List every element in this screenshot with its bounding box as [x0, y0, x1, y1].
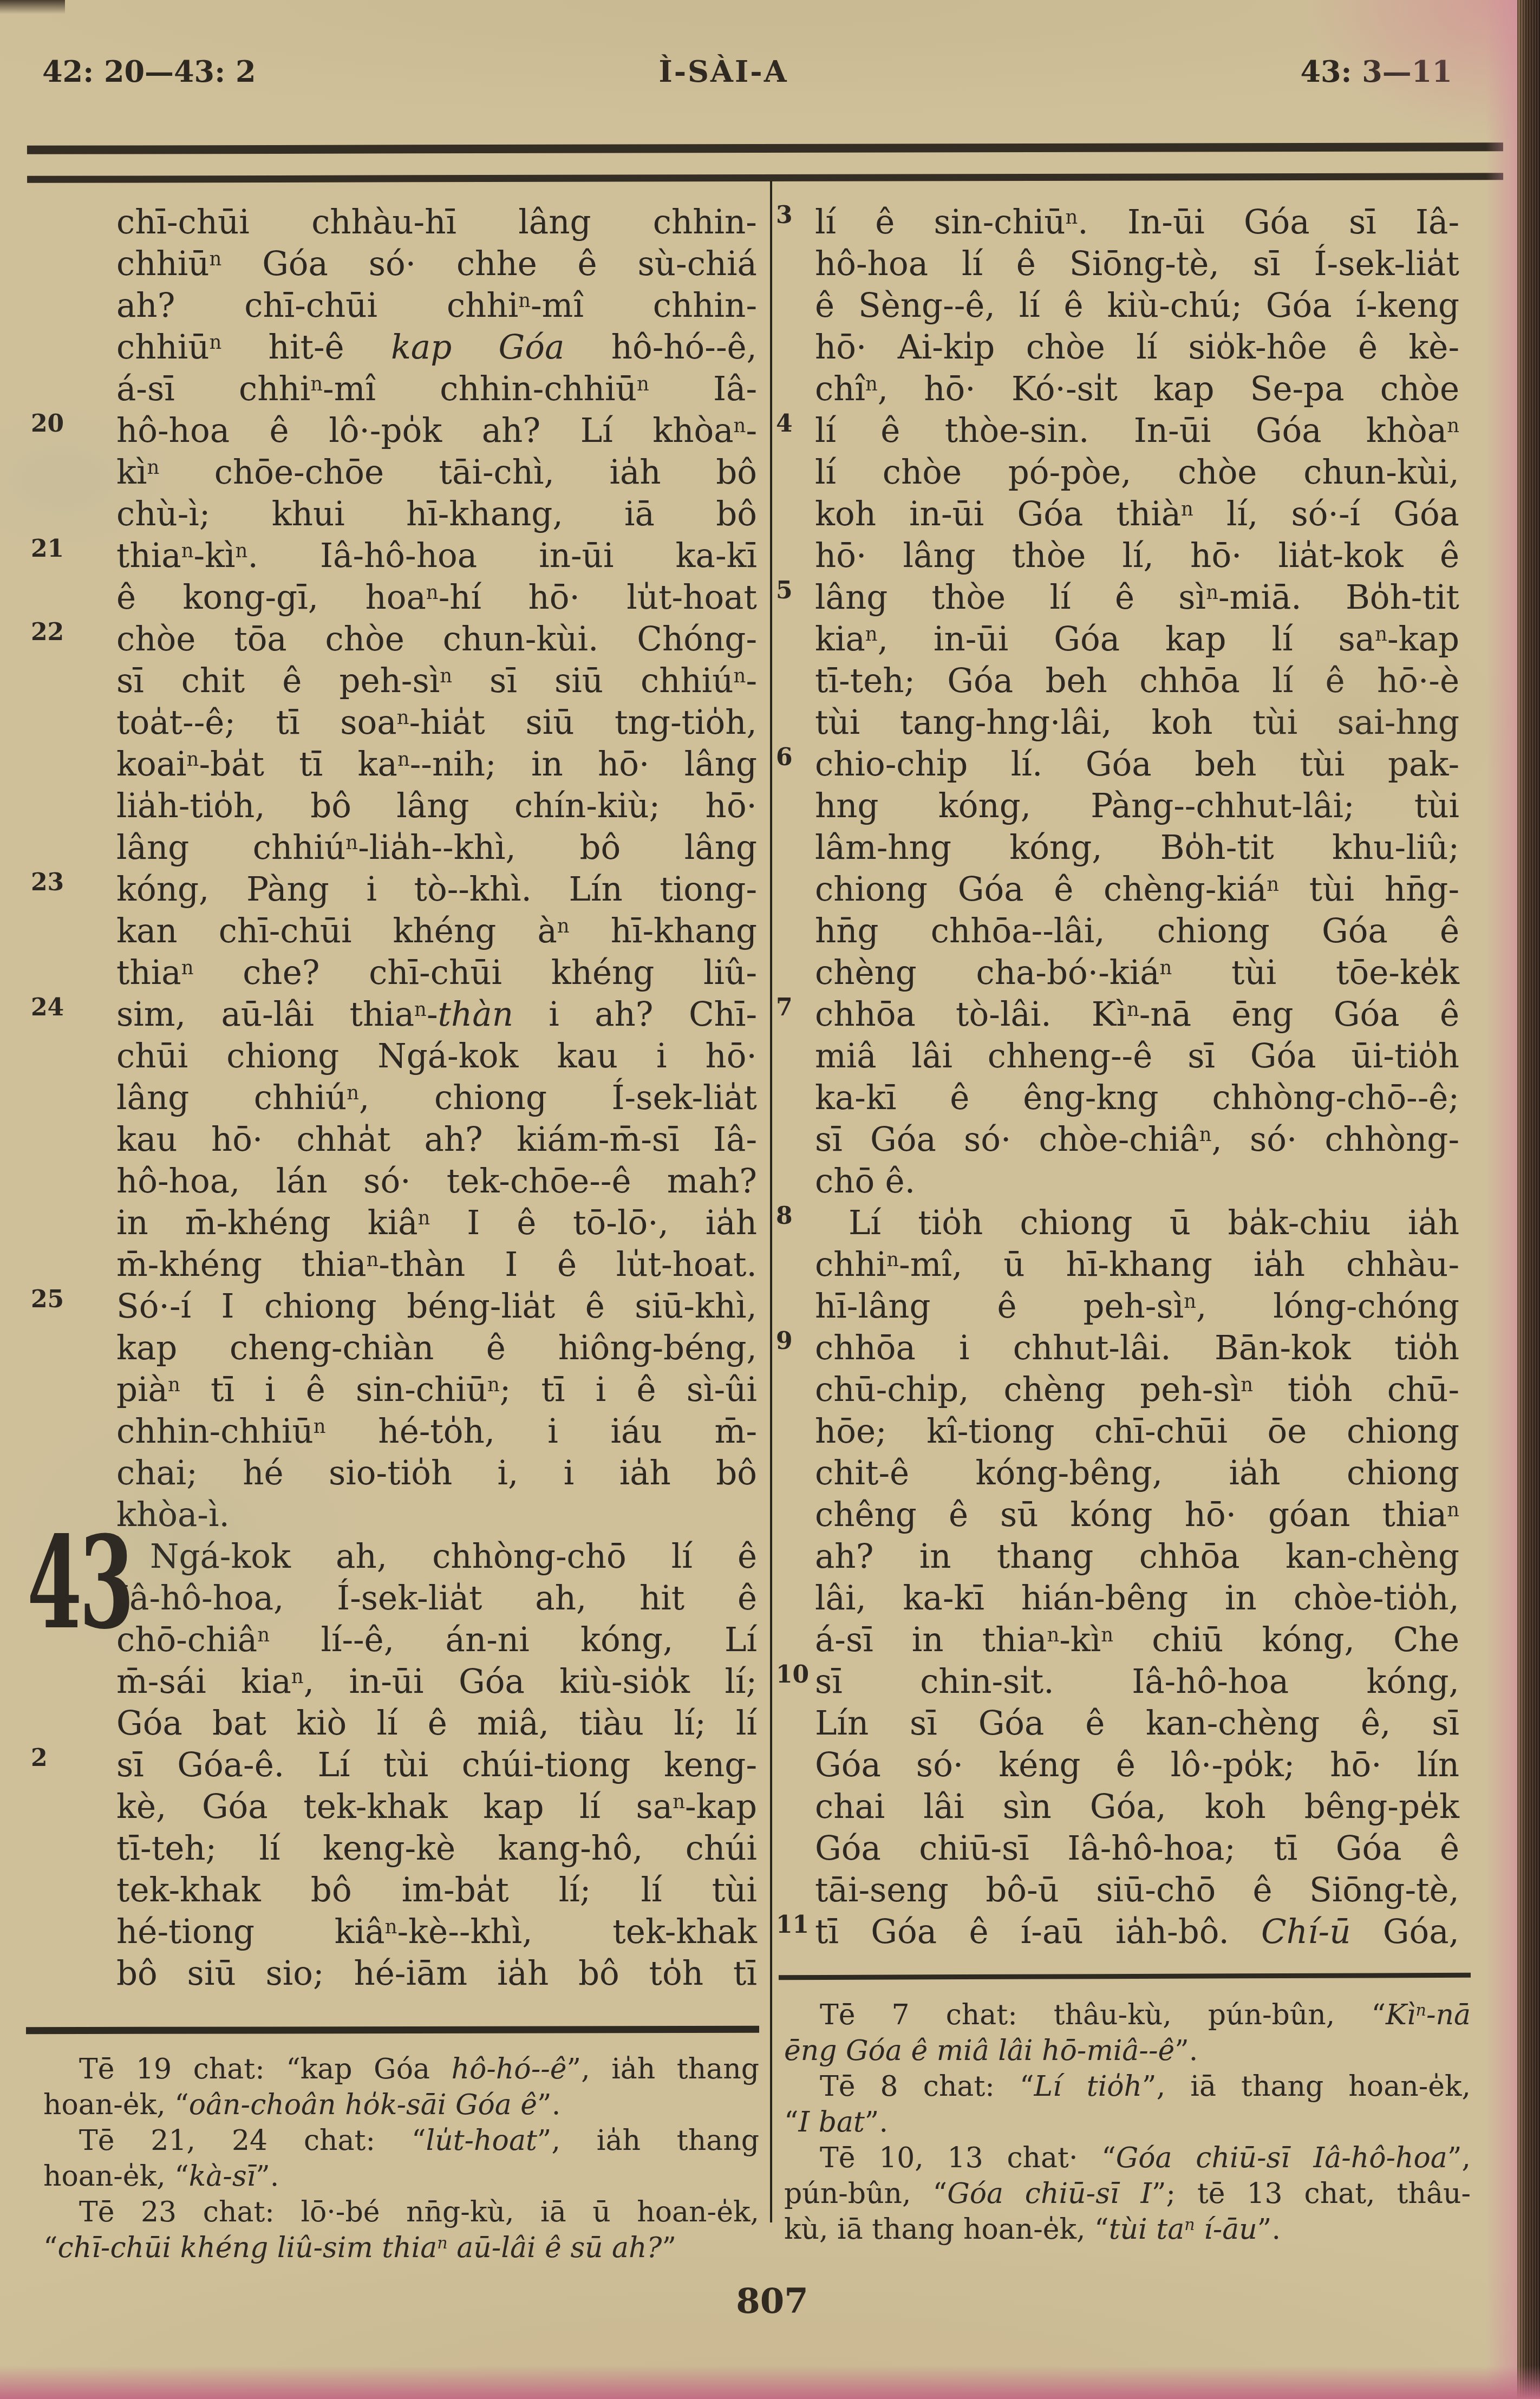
text-line: ê Sèng--ê, lí ê kiù-chú; Góa í-keng	[815, 285, 1459, 327]
footnotes-left: Tē 19 chat: “kap Góa hô-hó--ê”, ia̍h tha…	[43, 2051, 759, 2266]
superscript-n: n	[310, 373, 323, 395]
superscript-n: n	[1447, 415, 1459, 437]
text-line: m̄-khéng thian-thàn I ê lu̍t-hoat.	[116, 1244, 757, 1286]
page-number: 807	[713, 2281, 832, 2322]
superscript-n: n	[865, 623, 878, 646]
text-line: Iâ-hô-hoa, Í-sek-lia̍t ah, hit ê	[116, 1577, 757, 1619]
text-line: hō· lâng thòe lí, hō· lia̍t-kok ê	[815, 535, 1459, 577]
text-line: miâ lâi chheng--ê sī Góa ūi-tio̍h	[815, 1035, 1459, 1077]
superscript-n: n	[637, 373, 649, 395]
text-line: hoan-e̍k, “kà-sī”.	[43, 2159, 759, 2194]
text-line: “chī-chūi khéng liû-sim thian aū-lâi ê s…	[43, 2230, 759, 2266]
fore-edge-tint-bottom	[0, 2365, 1540, 2399]
superscript-n: n	[1066, 206, 1078, 229]
text-line: hô-hoa lí ê Siōng-tè, sī Í-sek-lia̍t	[815, 243, 1459, 285]
text-line: kap cheng-chiàn ê hiông-béng,	[116, 1327, 757, 1369]
superscript-n: n	[734, 415, 746, 437]
text-line: ēng Góa ê miâ lâi hō-miâ--ê”.	[784, 2033, 1471, 2069]
superscript-n: n	[1447, 1499, 1459, 1521]
superscript-n: n	[440, 665, 452, 687]
fore-edge-tint-right	[1486, 0, 1521, 2399]
text-line: khòa-ì.	[116, 1494, 757, 1536]
superscript-n: n	[181, 540, 194, 562]
text-line: chîn, hō· Kó·-si̍t kap Se-pa chòe	[815, 368, 1459, 410]
verse-number: 20	[31, 412, 64, 436]
text-line: kìn chōe-chōe tāi-chì, ia̍h bô	[116, 452, 757, 493]
superscript-n: n	[314, 1416, 326, 1438]
text-line: tī-teh; Góa beh chhōa lí ê hō·-è	[815, 660, 1459, 702]
superscript-n: n	[886, 1249, 899, 1271]
superscript-n: n	[168, 1374, 180, 1396]
verse-number: 5	[776, 579, 793, 603]
left-text-column: chī-chūi chhàu-hī lâng chhin-chhiūn Góa …	[116, 201, 757, 1994]
text-line: kù, iā thang hoan-e̍k, “tùi tan í-āu”.	[784, 2212, 1471, 2247]
text-line: tī-teh; lí keng-kè kang-hô, chúi	[116, 1828, 757, 1869]
text-line: Tē 7 chat: thâu-kù, pún-bûn, “Kìn-nā	[784, 1997, 1471, 2033]
text-line: tùi tang-hng·lâi, koh tùi sai-hng	[815, 702, 1459, 744]
superscript-n: n	[1101, 1624, 1113, 1646]
superscript-n: n	[865, 373, 878, 395]
text-line: hn̄g chhōa--lâi, chiong Góa ê	[815, 910, 1459, 952]
footnote-rule-right	[779, 1973, 1471, 1980]
text-line: á-sī chhin-mî chhin-chhiūn Iâ-	[116, 368, 757, 410]
text-line: chī-chūi chhàu-hī lâng chhin-	[116, 201, 757, 243]
superscript-n: n	[345, 832, 358, 854]
verse-number: 22	[31, 621, 64, 644]
superscript-n: n	[236, 540, 248, 562]
superscript-n: n	[385, 1916, 397, 1938]
footnotes-right: Tē 7 chat: thâu-kù, pún-bûn, “Kìn-nāēng …	[784, 1997, 1471, 2247]
verse-number: 11	[776, 1913, 809, 1937]
text-line: chèng cha-bó·-kián tùi tōe-ke̍k	[815, 952, 1459, 994]
text-line: sī chit ê peh-sìn sī siū chhiún-	[116, 660, 757, 702]
text-line: hoan-e̍k, “oân-choân ho̍k-sāi Góa ê”.	[43, 2087, 759, 2123]
superscript-n: n	[291, 1666, 304, 1688]
text-line: ka-kī ê êng-kng chhòng-chō--ê;	[815, 1077, 1459, 1119]
chapter-drop-numeral: 43	[27, 1520, 132, 1647]
text-line: Lín sī Góa ê kan-chèng ê, sī	[815, 1703, 1459, 1744]
text-line: hī-lâng ê peh-sìn, lóng-chóng	[815, 1286, 1459, 1327]
text-line: kan chī-chūi khéng àn hī-khang	[116, 910, 757, 952]
text-line: pún-bûn, “Góa chiū-sī I”; tē 13 chat, th…	[784, 2176, 1471, 2212]
header-double-rule	[27, 142, 1503, 183]
verse-number: 25	[31, 1288, 64, 1312]
verse-line: 10sī chin-si̍t. Iâ-hô-hoa kóng,	[815, 1661, 1459, 1703]
superscript-n: n	[1206, 582, 1218, 604]
superscript-n: n	[1184, 1290, 1196, 1313]
text-line: Góa só· kéng ê lô·-po̍k; hō· lín	[815, 1744, 1459, 1786]
text-line: hé-tiong kiân-kè--khì, tek-khak	[116, 1911, 757, 1953]
text-line: chūi chiong Ngá-kok kau i hō·	[116, 1035, 757, 1077]
superscript-n: n	[1160, 957, 1172, 979]
superscript-n: n	[1416, 2001, 1426, 2020]
verse-line: 22chòe tōa chòe chun-kùi. Chóng-	[116, 618, 757, 660]
text-line: chō-chiân lí--ê, án-ni kóng, Lí	[116, 1619, 757, 1661]
right-text-column: 3lí ê sin-chiūn. In-ūi Góa sī Iâ-hô-hoa …	[815, 201, 1459, 1953]
superscript-n: n	[1127, 999, 1139, 1021]
text-line: á-sī in thian-kìn chiū kóng, Che	[815, 1619, 1459, 1661]
text-line: ah? in thang chhōa kan-chèng	[815, 1536, 1459, 1577]
text-line: lâng chhiún, chiong Í-sek-lia̍t	[116, 1077, 757, 1119]
verse-line: 6chio-chi̍p lí. Góa beh tùi pak-	[815, 744, 1459, 785]
text-line: Góa bat kiò lí ê miâ, tiàu lí; lí	[116, 1703, 757, 1744]
text-line: chiong Góa ê chèng-kián tùi hn̄g-	[815, 869, 1459, 910]
verse-line: 25Só·-í I chiong béng-lia̍t ê siū-khì,	[116, 1286, 757, 1327]
verse-number: 8	[776, 1204, 793, 1228]
superscript-n: n	[734, 665, 746, 687]
superscript-n: n	[1267, 873, 1279, 896]
superscript-n: n	[181, 957, 194, 979]
verse-number: 4	[776, 412, 793, 436]
text-line: Tē 23 chat: lō·-bé nn̄g-kù, iā ū hoan-e̍…	[43, 2194, 759, 2230]
text-line: chit-ê kóng-bêng, ia̍h chiong	[815, 1452, 1459, 1494]
verse-line: 9chhōa i chhut-lâi. Bān-kok tio̍h	[815, 1327, 1459, 1369]
verse-line: 4lí ê thòe-sin. In-ūi Góa khòan	[815, 410, 1459, 452]
text-line: Tē 10, 13 chat· “Góa chiū-sī Iâ-hô-hoa”,	[784, 2140, 1471, 2176]
text-line: Tē 21, 24 chat: “lu̍t-hoat”, ia̍h thang	[43, 2123, 759, 2159]
superscript-n: n	[1184, 2215, 1195, 2234]
verse-line: 21thian-kìn. Iâ-hô-hoa in-ūi ka-kī	[116, 535, 757, 577]
verse-line: 7chhōa tò-lâi. Kìn-nā ēng Góa ê	[815, 994, 1459, 1035]
text-line: toa̍t--ê; tī soan-hia̍t siū tng-tio̍h,	[116, 702, 757, 744]
text-line: lí chòe pó-pòe, chòe chun-kùi,	[815, 452, 1459, 493]
header-verse-range-left: 42: 20—43: 2	[42, 50, 256, 93]
text-line: kau hō· chha̍t ah? kiám-m̄-sī Iâ-	[116, 1119, 757, 1161]
verse-line: 11tī Góa ê í-aū ia̍h-bô. Chí-ū Góa,	[815, 1911, 1459, 1953]
superscript-n: n	[147, 457, 159, 479]
superscript-n: n	[187, 748, 199, 771]
verse-number: 7	[776, 996, 793, 1020]
verse-line: 3lí ê sin-chiūn. In-ūi Góa sī Iâ-	[815, 201, 1459, 243]
text-line: chai lâi sìn Góa, koh bêng-pe̍k	[815, 1786, 1459, 1828]
footnote-rule-left	[26, 2026, 759, 2034]
text-line: hō· Ai-ki̍p chòe lí sio̍k-hôe ê kè-	[815, 327, 1459, 368]
text-line: m̄-sái kian, in-ūi Góa kiù-sio̍k lí;	[116, 1661, 757, 1703]
superscript-n: n	[367, 1249, 379, 1271]
text-line: ê kong-gī, hoan-hí hō· lu̍t-hoat	[116, 577, 757, 618]
text-line: Tē 8 chat: “Lí tio̍h”, iā thang hoan-e̍k…	[784, 2069, 1471, 2104]
text-line: chhin-chhiūn hé-to̍h, i iáu m̄-	[116, 1411, 757, 1452]
text-line: Góa chiū-sī Iâ-hô-hoa; tī Góa ê	[815, 1828, 1459, 1869]
text-line: lia̍h-tio̍h, bô lâng chín-kiù; hō·	[116, 785, 757, 827]
verse-number: 3	[776, 204, 793, 227]
verse-number: 24	[31, 996, 64, 1020]
text-line: koh in-ūi Góa thiàn lí, só·-í Góa	[815, 493, 1459, 535]
text-line: lâm-hng kóng, Bo̍h-tit khu-liû;	[815, 827, 1459, 869]
page-block-edge-right	[1517, 0, 1540, 2399]
scan-shadow-top-left	[0, 0, 65, 14]
verse-line: 24sim, aū-lâi thian-thàn i ah? Chī-	[116, 994, 757, 1035]
superscript-n: n	[397, 748, 410, 771]
text-line: lâng chhiún-lia̍h--khì, bô lâng	[116, 827, 757, 869]
verse-line: 2sī Góa-ê. Lí tùi chúi-tiong keng-	[116, 1744, 757, 1786]
text-line: chai; hé sio-tio̍h i, i ia̍h bô	[116, 1452, 757, 1494]
superscript-n: n	[437, 2234, 447, 2253]
superscript-n: n	[487, 1374, 500, 1396]
superscript-n: n	[426, 582, 439, 604]
column-divider-rule	[770, 181, 772, 2222]
text-line: chō ê.	[815, 1161, 1459, 1202]
superscript-n: n	[397, 707, 409, 729]
verse-line: 20hô-hoa ê lô·-po̍k ah? Lí khòan-	[116, 410, 757, 452]
superscript-n: n	[210, 248, 222, 270]
verse-line: 23kóng, Pàng i tò--khì. Lín tiong-	[116, 869, 757, 910]
text-line: “I bat”.	[784, 2104, 1471, 2140]
text-line: chhin-mî, ū hī-khang ia̍h chhàu-	[815, 1244, 1459, 1286]
text-line: piàn tī i ê sin-chiūn; tī i ê sì-ûi	[116, 1369, 757, 1411]
text-line: hô-hoa, lán só· tek-chōe--ê mah?	[116, 1161, 757, 1202]
superscript-n: n	[418, 1207, 430, 1229]
text-line: ah? chī-chūi chhin-mî chhin-	[116, 285, 757, 327]
text-line: koain-ba̍t tī kan--nih; in hō· lâng	[116, 744, 757, 785]
text-line: hng kóng, Pàng--chhut-lâi; tùi	[815, 785, 1459, 827]
superscript-n: n	[210, 331, 222, 354]
scanned-bible-page: 42: 20—43: 2 Ì-SÀI-A 43: 3—11 chī-chūi c…	[0, 0, 1540, 2399]
superscript-n: n	[557, 915, 570, 937]
superscript-n: n	[414, 999, 427, 1021]
superscript-n: n	[1199, 1124, 1212, 1146]
text-line: tek-khak bô im-ba̍t lí; lí tùi	[116, 1869, 757, 1911]
text-line: Ngá-kok ah, chhòng-chō lí ê	[116, 1536, 757, 1577]
superscript-n: n	[1241, 1374, 1253, 1396]
text-line: chêng ê sū kóng hō· góan thian	[815, 1494, 1459, 1536]
text-line: Tē 19 chat: “kap Góa hô-hó--ê”, ia̍h tha…	[43, 2051, 759, 2087]
text-line: chhiūn Góa só· chhe ê sù-chiá	[116, 243, 757, 285]
verse-number: 2	[31, 1746, 48, 1770]
text-line: chū-chi̍p, chèng peh-sìn tio̍h chū-	[815, 1369, 1459, 1411]
text-line: tāi-seng bô-ū siū-chō ê Siōng-tè,	[815, 1869, 1459, 1911]
text-line: bô siū sio; hé-iām ia̍h bô to̍h tī	[116, 1953, 757, 1994]
verse-number: 10	[776, 1663, 809, 1687]
superscript-n: n	[673, 1791, 685, 1813]
verse-line: 5lâng thòe lí ê sìn-miā. Bo̍h-tit	[815, 577, 1459, 618]
superscript-n: n	[1181, 498, 1193, 520]
superscript-n: n	[518, 290, 531, 312]
text-line: thian che? chī-chūi khéng liû-	[116, 952, 757, 994]
superscript-n: n	[257, 1624, 270, 1646]
verse-number: 6	[776, 746, 793, 770]
text-line: hōe; kî-tiong chī-chūi ōe chiong	[815, 1411, 1459, 1452]
verse-number: 21	[31, 537, 64, 561]
verse-number: 23	[31, 871, 64, 895]
text-line: chù-ì; khui hī-khang, iā bô	[116, 493, 757, 535]
superscript-n: n	[1375, 623, 1387, 646]
superscript-n: n	[1047, 1624, 1059, 1646]
text-line: kian, in-ūi Góa kap lí san-kap	[815, 618, 1459, 660]
superscript-n: n	[347, 1082, 359, 1104]
text-line: in m̄-khéng kiân I ê tō-lō·, ia̍h	[116, 1202, 757, 1244]
text-line: sī Góa só· chòe-chiân, só· chhòng-	[815, 1119, 1459, 1161]
text-line: lâi, ka-kī hián-bêng in chòe-tio̍h,	[815, 1577, 1459, 1619]
text-line: chhiūn hit-ê kap Góa hô-hó--ê,	[116, 327, 757, 368]
book-title: Ì-SÀI-A	[626, 50, 821, 93]
verse-number: 9	[776, 1329, 793, 1353]
verse-line: 8Lí tio̍h chiong ū ba̍k-chiu ia̍h	[815, 1202, 1459, 1244]
text-line: kè, Góa tek-khak kap lí san-kap	[116, 1786, 757, 1828]
